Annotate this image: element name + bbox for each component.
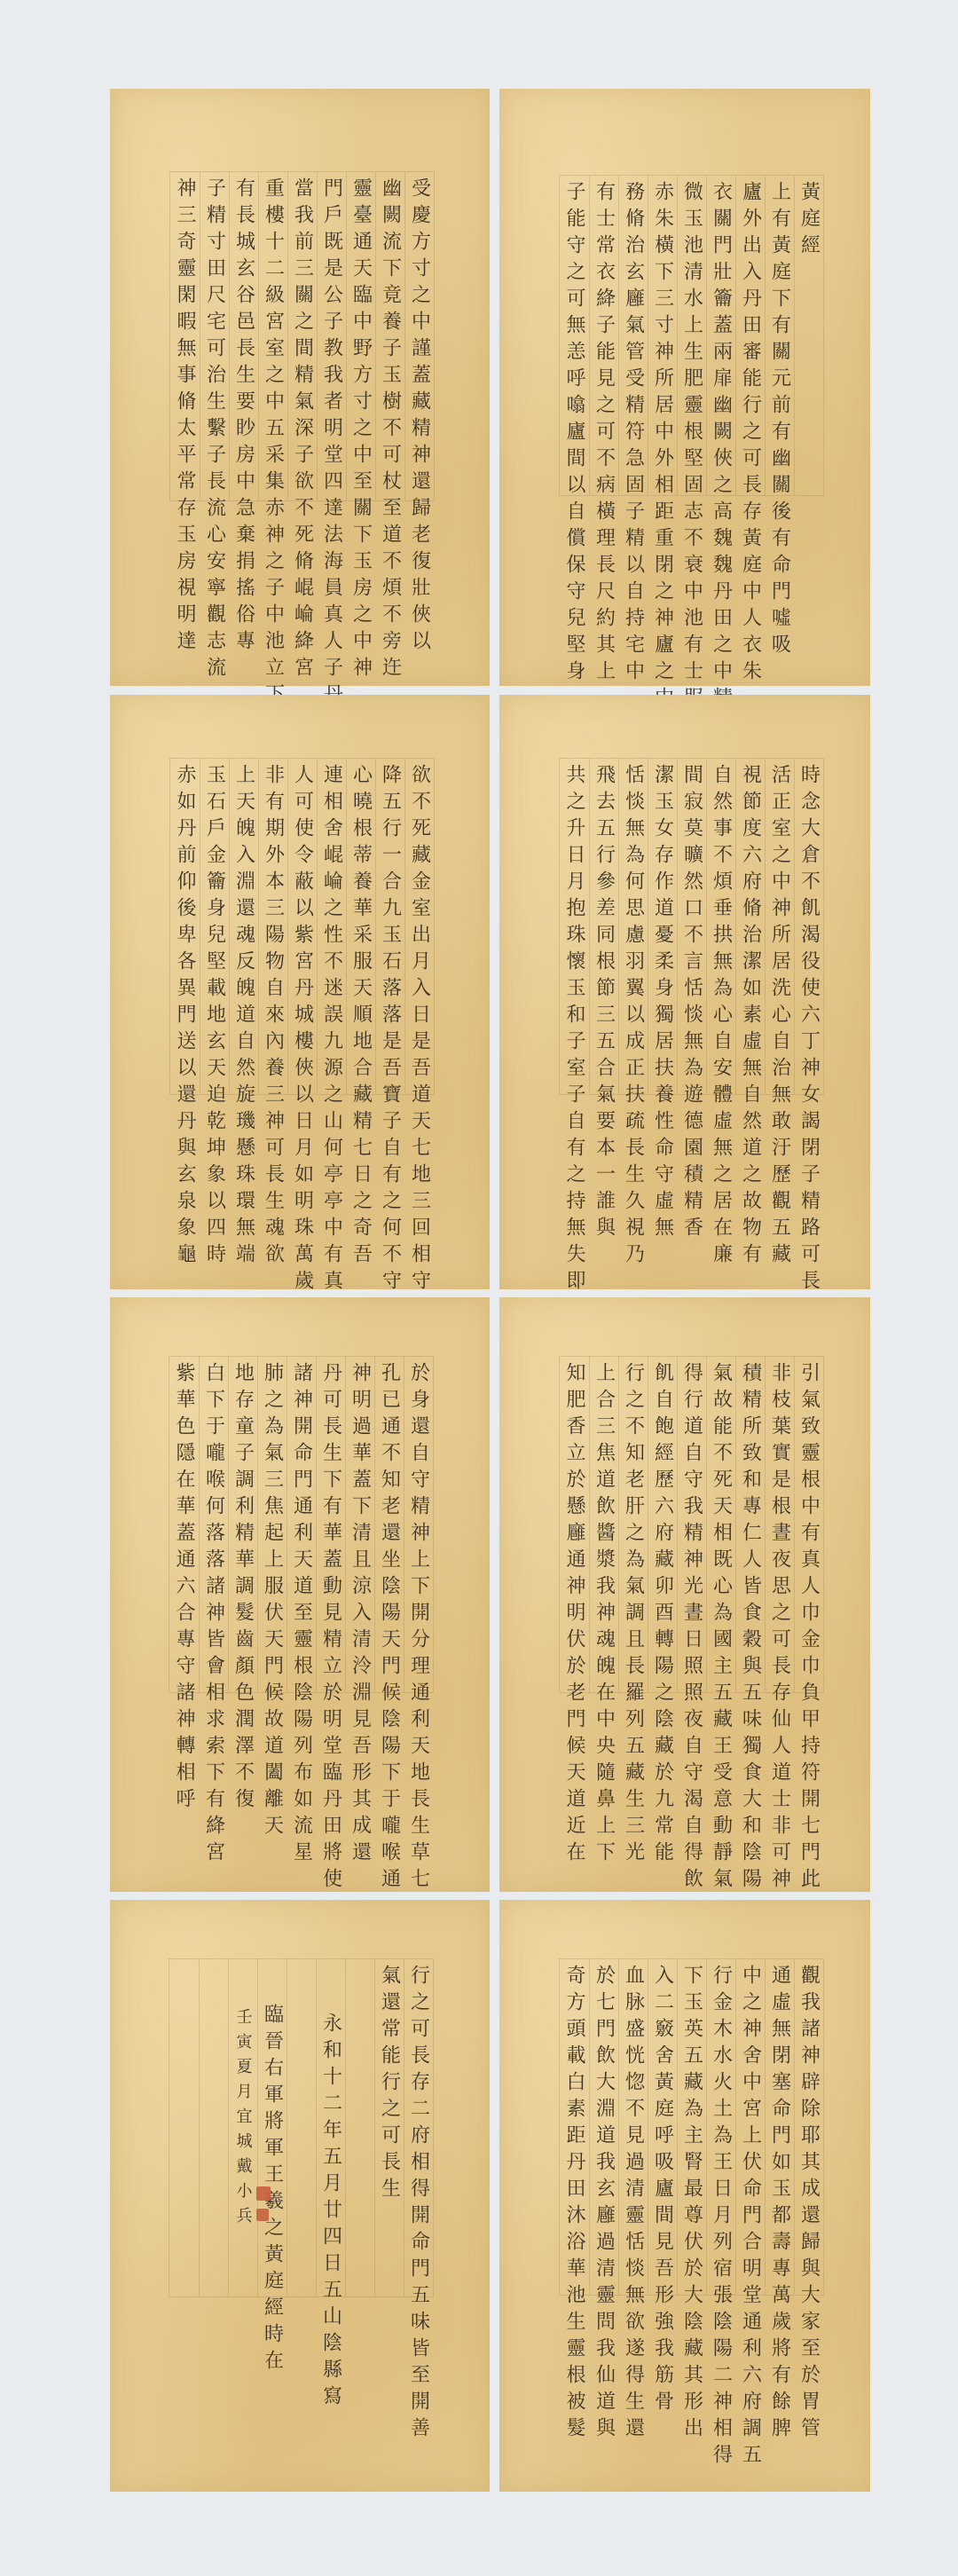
text-column: 臨晉右軍將軍王羲之黃庭經時在 [257,1959,287,2296]
album-leaf-1: 黃庭經 上有黃庭下有關元前有幽關後有命門噓吸 廬外出入丹田審能行之可長存黃庭中人… [499,89,870,686]
text-column: 人可使令蔽以紫宮丹城樓俠以日月如明珠萬歲照照 [287,759,317,1094]
text-column: 神三奇靈閑暇無事脩太平常存玉房視明達 [170,172,200,500]
text-column: 上合三焦道飲醬漿我神魂魄在中央隨鼻上下 [589,1357,618,1692]
text-column: 黃庭經 [794,176,823,495]
text-column: 諸神開命門通利天道至靈根陰陽列布如流星 [287,1357,316,1692]
text-column: 有長城玄谷邑長生要眇房中急棄捐搖俗專 [229,172,258,500]
text-column: 上有黃庭下有關元前有幽關後有命門噓吸 [765,176,794,495]
text-column: 永和十二年五月廿四日五山陰縣寫 [316,1959,345,2296]
text-column: 降五行一合九玉石落落是吾寶子自有之何不守 [375,759,404,1094]
text-column: 連相舍崐崘之性不迷誤九源之山何亭亭中有真 [317,759,346,1094]
text-column: 子能守之可無恙呼噏廬間以自償保守兒堅身 [560,176,589,495]
text-column: 白下于嚨喉何落落諸神皆會相求索下有絳宮 [199,1357,228,1692]
album-leaf-5: 引氣致靈根中有真人巾金巾負甲持符開七門此 非枝葉實是根晝夜思之可長存仙人道士非可… [499,1297,870,1892]
album-leaf-2: 受慶方寸之中謹蓋藏精神還歸老復壯俠以 幽闕流下竟養子玉樹不可杖至道不煩不旁迕 靈… [110,89,490,686]
text-column: 潔玉女存作道憂柔身獨居扶養性命守虛無 [648,759,677,1094]
text-column: 間寂莫曠然口不言恬惔無為遊德園積精香 [677,759,706,1094]
text-column: 得行道自守我精神光晝日照照夜自守渴自得飲 [677,1357,706,1692]
text-grid: 行之可長存二府相得開命門五味皆至開善 氣還常能行之可長生 永和十二年五月廿四日五… [169,1958,434,2297]
text-column: 廬外出入丹田審能行之可長存黃庭中人衣朱 [735,176,765,495]
text-column: 恬惔無為何思慮羽翼以成正扶疏長生久視乃 [618,759,648,1094]
text-column: 於七門飲大淵道我玄廱過清靈問我仙道與 [589,1959,618,2295]
album-leaf-7: 觀我諸神辟除耶其成還歸與大家至於胃管 通虛無閉塞命門如玉都壽專萬歲將有餘脾 中之… [499,1900,870,2492]
text-grid: 欲不死藏金室出月入日是吾道天七地三回相守升 降五行一合九玉石落落是吾寶子自有之何… [169,758,435,1095]
text-grid: 黃庭經 上有黃庭下有關元前有幽關後有命門噓吸 廬外出入丹田審能行之可長存黃庭中人… [559,175,824,496]
text-column: 當我前三關之間精氣深子欲不死脩崐崘絳宮 [287,172,317,500]
text-column: 幽闕流下竟養子玉樹不可杖至道不煩不旁迕 [375,172,404,500]
text-column: 務脩治玄廱氣管受精符急固子精以自持宅中 [618,176,648,495]
text-column: 活正室之中神所居洗心自治無敢汙歷觀五藏 [765,759,794,1094]
text-column: 非枝葉實是根晝夜思之可長存仙人道士非可神 [765,1357,794,1692]
text-column [287,1959,316,2296]
album-leaf-6: 於身還自守精神上下開分理通利天地長生草七 孔已通不知老還坐陰陽天門候陰陽下于嚨喉… [110,1297,490,1892]
text-column: 通虛無閉塞命門如玉都壽專萬歲將有餘脾 [765,1959,794,2295]
text-column: 時念大倉不飢渴役使六丁神女謁閉子精路可長 [794,759,823,1094]
text-column [345,1959,374,2296]
text-grid: 於身還自守精神上下開分理通利天地長生草七 孔已通不知老還坐陰陽天門候陰陽下于嚨喉… [169,1356,434,1693]
text-column: 赤朱橫下三寸神所居中外相距重閉之神廬之中 [648,176,677,495]
text-column: 微玉池清水上生肥靈根堅固志不衰中池有士服 [677,176,706,495]
text-column: 引氣致靈根中有真人巾金巾負甲持符開七門此 [794,1357,823,1692]
text-column: 知肥香立於懸廱通神明伏於老門候天道近在 [560,1357,589,1692]
text-column: 衣關門壯籥蓋兩扉幽闕俠之高魏魏丹田之中精氣 [706,176,735,495]
text-column [169,1959,199,2296]
text-column: 有士常衣絳子能見之可不病橫理長尺約其上 [589,176,618,495]
text-column [199,1959,228,2296]
text-grid: 受慶方寸之中謹蓋藏精神還歸老復壯俠以 幽闕流下竟養子玉樹不可杖至道不煩不旁迕 靈… [169,171,435,501]
text-column: 行之可長存二府相得開命門五味皆至開善 [404,1959,433,2296]
text-column: 中之神舍中宮上伏命門合明堂通利六府調五 [735,1959,765,2295]
text-column: 丹可長生下有華蓋動見精立於明堂臨丹田將使 [316,1357,345,1692]
text-column: 積精所致和專仁人皆食穀與五味獨食大和陰陽 [735,1357,765,1692]
text-column: 神明過華蓋下清且涼入清泠淵見吾形其成還 [345,1357,374,1692]
text-column: 氣還常能行之可長生 [374,1959,404,2296]
text-column: 紫華色隱在華蓋通六合專守諸神轉相呼 [169,1357,199,1692]
text-grid: 觀我諸神辟除耶其成還歸與大家至於胃管 通虛無閉塞命門如玉都壽專萬歲將有餘脾 中之… [559,1958,824,2296]
text-column: 飢自飽經歷六府藏卯酉轉陽之陰藏於九常能 [648,1357,677,1692]
text-grid: 時念大倉不飢渴役使六丁神女謁閉子精路可長 活正室之中神所居洗心自治無敢汙歷觀五藏… [559,758,824,1095]
album-leaf-8-colophon: 行之可長存二府相得開命門五味皆至開善 氣還常能行之可長生 永和十二年五月廿四日五… [110,1900,490,2492]
text-grid: 引氣致靈根中有真人巾金巾負甲持符開七門此 非枝葉實是根晝夜思之可長存仙人道士非可… [559,1356,824,1693]
text-column: 血脉盛恍惚不見過清靈恬惔無欲遂得生還 [618,1959,648,2295]
text-column-signature: 壬寅夏月宜城戴小兵 [228,1959,257,2296]
text-column: 觀我諸神辟除耶其成還歸與大家至於胃管 [794,1959,823,2295]
text-column: 視節度六府脩治潔如素虛無自然道之故物有 [735,759,765,1094]
text-column: 行金木水火土為王日月列宿張陰陽二神相得 [706,1959,735,2295]
text-column: 重樓十二級宮室之中五采集赤神之子中池立下 [258,172,287,500]
text-column: 肺之為氣三焦起上服伏天門候故道闔離天 [257,1357,287,1692]
text-column: 共之升日月抱珠懷玉和子室子自有之持無失即 [560,759,589,1094]
text-column: 非有期外本三陽物自來內養三神可長生魂欲 [258,759,287,1094]
text-column: 於身還自守精神上下開分理通利天地長生草七 [404,1357,433,1692]
text-column: 玉石戶金籥身兒堅載地玄天迫乾坤象以四時 [200,759,229,1094]
text-column: 欲不死藏金室出月入日是吾道天七地三回相守升 [404,759,434,1094]
text-column: 飛去五行參差同根節三五合氣要本一誰與 [589,759,618,1094]
text-column: 自然事不煩垂拱無為心自安體虛無之居在廉 [706,759,735,1094]
text-column: 心曉根蒂養華采服天順地合藏精七日之奇吾 [346,759,375,1094]
text-column: 門戶既是公子教我者明堂四達法海員真人子丹 [317,172,346,500]
text-column: 奇方頭載白素距丹田沐浴華池生靈根被髮 [560,1959,589,2295]
text-column: 下玉英五藏為主腎最尊伏於大陰藏其形出 [677,1959,706,2295]
text-column: 赤如丹前仰後卑各異門送以還丹與玄泉象龜 [170,759,200,1094]
text-column: 行之不知老肝之為氣調且長羅列五藏生三光 [618,1357,648,1692]
album-leaf-3: 時念大倉不飢渴役使六丁神女謁閉子精路可長 活正室之中神所居洗心自治無敢汙歷觀五藏… [499,695,870,1289]
text-column: 孔已通不知老還坐陰陽天門候陰陽下于嚨喉通 [374,1357,404,1692]
text-column: 靈臺通天臨中野方寸之中至關下玉房之中神 [346,172,375,500]
album-leaf-4: 欲不死藏金室出月入日是吾道天七地三回相守升 降五行一合九玉石落落是吾寶子自有之何… [110,695,490,1289]
text-column: 受慶方寸之中謹蓋藏精神還歸老復壯俠以 [404,172,434,500]
text-column: 地存童子調利精華調髮齒顏色潤澤不復 [228,1357,257,1692]
text-column: 氣故能不死天相既心為國主五藏王受意動靜氣 [706,1357,735,1692]
text-column: 上天魄入淵還魂反魄道自然旋璣懸珠環無端 [229,759,258,1094]
artist-seal-2 [256,2209,269,2221]
text-column: 入二竅舍黃庭呼吸廬間見吾形強我筋骨 [648,1959,677,2295]
artist-seal-1 [256,2186,271,2201]
text-column: 子精寸田尺宅可治生繫子長流心安寧觀志流 [200,172,229,500]
